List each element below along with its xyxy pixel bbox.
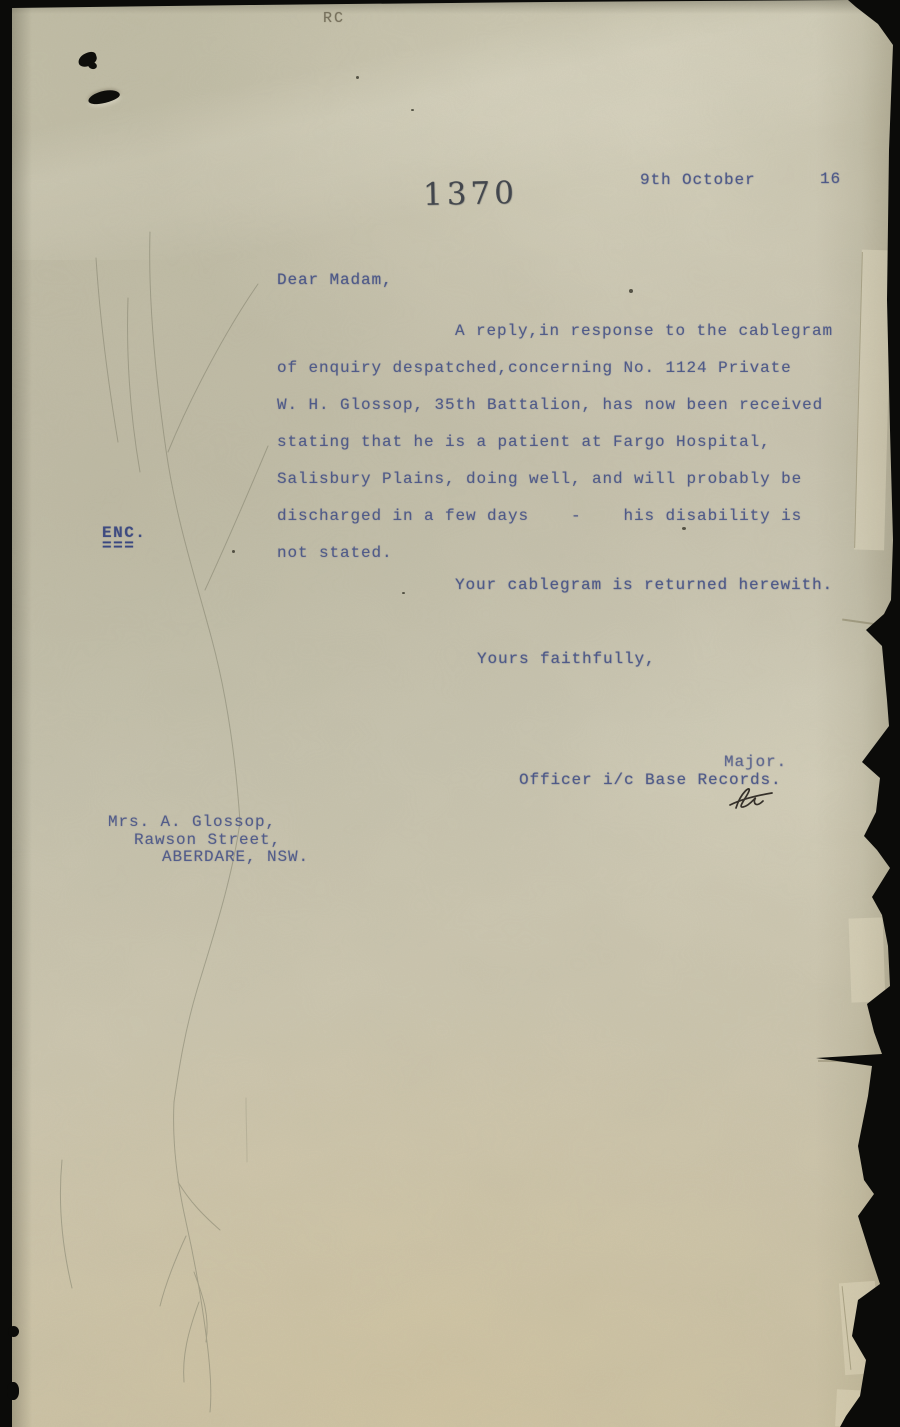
paper-fold-flap: [835, 1389, 867, 1427]
body-line: of enquiry despatched,concerning No. 112…: [277, 350, 833, 387]
ink-speck: [232, 550, 235, 553]
edge-tear-crack: [818, 1060, 876, 1062]
paper-fold-flap: [849, 917, 886, 1002]
body-line: W. H. Glossop, 35th Battalion, has now b…: [277, 387, 833, 424]
recipient-address-block: Mrs. A. Glossop, Rawson Street, ABERDARE…: [108, 814, 309, 867]
letter-paper: RC 1370 9th October 16 Dear Madam, A rep…: [0, 0, 900, 1427]
ink-speck: [411, 109, 414, 111]
scan-border-notch: [8, 1326, 19, 1337]
scan-background: { "letter": { "corner_stamp": "RC", "ref…: [0, 0, 900, 1427]
reference-number-stamp: 1370: [423, 175, 519, 213]
recipient-line: Mrs. A. Glossop,: [108, 814, 309, 832]
torn-edge-shading: [815, 0, 900, 1427]
rc-corner-stamp: RC: [323, 10, 345, 27]
body-line: Salisbury Plains, doing well, and will p…: [277, 461, 833, 498]
body-line: discharged in a few days - his disabilit…: [277, 498, 833, 535]
letter-date: 9th October: [640, 171, 756, 189]
salutation: Dear Madam,: [277, 271, 393, 289]
signature-rank: Major.: [724, 753, 787, 771]
ink-speck: [629, 289, 633, 293]
enclosure-note: ENC. ===: [102, 524, 146, 555]
left-edge-shading: [12, 0, 32, 1427]
recipient-line: ABERDARE, NSW.: [108, 849, 309, 867]
scan-border-notch: [7, 1382, 19, 1400]
body-line: stating that he is a patient at Fargo Ho…: [277, 424, 833, 461]
closing: Yours faithfully,: [477, 650, 656, 668]
letter-body: A reply,in response to the cablegram of …: [277, 313, 833, 572]
ink-speck: [402, 592, 405, 594]
paper-light-band: [0, 0, 900, 260]
return-line: Your cablegram is returned herewith.: [455, 576, 833, 594]
letter-year: 16: [820, 170, 841, 188]
signature-title: Officer i/c Base Records.: [519, 771, 782, 789]
ink-speck: [356, 76, 359, 79]
body-line: A reply,in response to the cablegram: [277, 313, 833, 350]
recipient-line: Rawson Street,: [108, 832, 309, 850]
body-line: not stated.: [277, 535, 833, 572]
top-edge-shading: [0, 0, 900, 14]
